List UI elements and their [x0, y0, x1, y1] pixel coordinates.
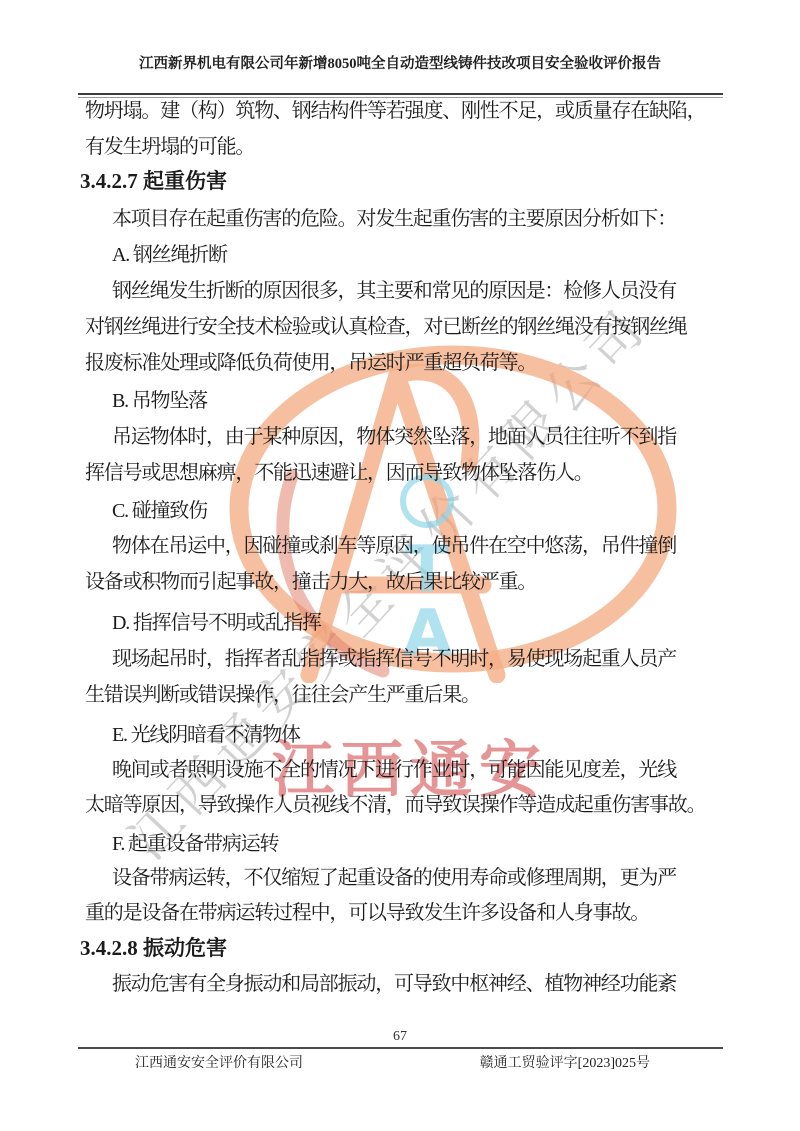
body-line: 设备或积物而引起事故，撞击力大，故后果比较严重。: [85, 570, 536, 594]
footer-page-number: 67: [0, 1029, 800, 1045]
section-heading: 3.4.2.8 振动危害: [80, 936, 227, 960]
body-line: E. 光线阴暗看不清物体: [112, 723, 300, 747]
page-content: 江西新界机电有限公司年新增8050吨全自动造型线铸件技改项目安全验收评价报告 物…: [0, 0, 800, 1131]
footer-company: 江西通安安全评价有限公司: [135, 1052, 303, 1072]
body-line: 对钢丝绳进行安全技术检验或认真检查，对已断丝的钢丝绳没有按钢丝绳: [85, 315, 687, 339]
body-line: 本项目存在起重伤害的危险。对发生起重伤害的主要原因分析如下：: [112, 207, 676, 231]
body-line: 有发生坍塌的可能。: [85, 135, 254, 159]
body-line: B. 吊物坠落: [112, 389, 207, 413]
body-line: 振动危害有全身振动和局部振动，可导致中枢神经、植物神经功能紊: [112, 972, 676, 996]
body-line: 现场起吊时，指挥者乱指挥或指挥信号不明时，易使现场起重人员产: [112, 647, 676, 671]
body-line: 物坍塌。建（构）筑物、钢结构件等若强度、刚性不足，或质量存在缺陷，: [85, 99, 705, 123]
body-line: 晚间或者照明设施不全的情况下进行作业时，可能因能见度差，光线: [112, 758, 676, 782]
body-line: 太暗等原因，导致操作人员视线不清，而导致误操作等造成起重伤害事故。: [85, 793, 705, 817]
body-line: D. 指挥信号不明或乱指挥: [112, 611, 321, 635]
body-line: 生错误判断或错误操作，往往会产生严重后果。: [85, 683, 480, 707]
body-line: 物体在吊运中，因碰撞或刹车等原因，使吊件在空中悠荡，吊件撞倒: [112, 534, 676, 558]
body-line: A. 钢丝绳折断: [112, 243, 227, 267]
body-line: 设备带病运转，不仅缩短了起重设备的使用寿命或修理周期，更为严: [112, 866, 676, 890]
body-line: 报废标准处理或降低负荷使用，吊运时严重超负荷等。: [85, 351, 536, 375]
document-page: 江西通安安全评价有限公司 T A 江西通安 江西新界机电有限公司年新增8050吨…: [0, 0, 800, 1131]
body-line: F. 起重设备带病运转: [112, 832, 278, 856]
footer-rule: [78, 1047, 723, 1049]
page-header-title: 江西新界机电有限公司年新增8050吨全自动造型线铸件技改项目安全验收评价报告: [0, 52, 800, 73]
body-line: 挥信号或思想麻痹，不能迅速避让，因而导致物体坠落伤人。: [85, 461, 593, 485]
body-line: 吊运物体时，由于某种原因，物体突然坠落，地面人员往往听不到指: [112, 425, 676, 449]
body-line: 钢丝绳发生折断的原因很多，其主要和常见的原因是：检修人员没有: [112, 279, 676, 303]
section-heading: 3.4.2.7 起重伤害: [80, 169, 227, 193]
header-rule: [78, 93, 723, 95]
header-rule-shadow: [78, 97, 723, 98]
body-line: C. 碰撞致伤: [112, 499, 207, 523]
footer-doc-number: 赣通工贸验评字[2023]025号: [480, 1052, 650, 1072]
body-line: 重的是设备在带病运转过程中，可以导致发生许多设备和人身事故。: [85, 901, 649, 925]
